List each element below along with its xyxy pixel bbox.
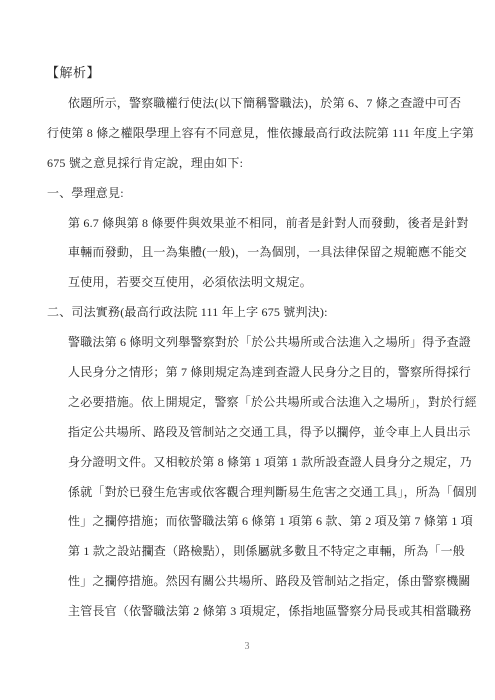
- text-line: 行使第 8 條之權限學理上容有不同意見，惟依據最高行政法院第 111 年度上字第: [47, 119, 462, 149]
- text-line: 車輛而發動，且一為集體(一般)，一為個別，一具法律保留之規範應不能交: [47, 238, 462, 268]
- text-line: 互使用，若要交互使用，必須依法明文規定。: [47, 268, 462, 298]
- section-heading: 【解析】: [46, 62, 100, 81]
- text-line: 警職法第 6 條明文列舉警察對於「於公共場所或合法進入之場所」得予查證: [47, 328, 462, 358]
- list-item-heading: 一、學理意見:: [47, 179, 462, 209]
- text-line: 依題所示，警察職權行使法(以下簡稱警職法)，於第 6、7 條之查證中可否: [47, 89, 462, 119]
- text-line: 人民身分之情形；第 7 條則規定為達到查證人民身分之目的，警察所得採行: [47, 358, 462, 388]
- text-line: 性」之攔停措施。然因有關公共場所、路段及管制站之指定，係由警察機關: [47, 567, 462, 597]
- text-line: 之必要措施。依上開規定，警察「於公共場所或合法進入之場所」，對於行經: [47, 388, 462, 418]
- body-text: 依題所示，警察職權行使法(以下簡稱警職法)，於第 6、7 條之查證中可否 行使第…: [47, 89, 462, 627]
- page-number: 3: [0, 641, 495, 652]
- list-item-heading: 二、司法實務(最高行政法院 111 年上字 675 號判決):: [47, 298, 462, 328]
- text-line: 性」之攔停措施；而依警職法第 6 條第 1 項第 6 款、第 2 項及第 7 條…: [47, 507, 462, 537]
- text-line: 第 6.7 條與第 8 條要件與效果並不相同，前者是針對人而發動，後者是針對: [47, 209, 462, 239]
- text-line: 身分證明文件。又相較於第 8 條第 1 項第 1 款所設查證人員身分之規定，乃: [47, 448, 462, 478]
- text-line: 第 1 款之設站攔查（路檢點），則係屬就多數且不特定之車輛，所為「一般: [47, 537, 462, 567]
- document-page: 【解析】 依題所示，警察職權行使法(以下簡稱警職法)，於第 6、7 條之查證中可…: [0, 0, 495, 700]
- text-line: 指定公共場所、路段及管制站之交通工具，得予以攔停，並令車上人員出示: [47, 418, 462, 448]
- text-line: 係就「對於已發生危害或依客觀合理判斷易生危害之交通工具」，所為「個別: [47, 478, 462, 508]
- text-line: 主管長官（依警職法第 2 條第 3 項規定，係指地區警察分局長或其相當職務: [47, 597, 462, 627]
- text-line: 675 號之意見採行肯定說，理由如下:: [47, 149, 462, 179]
